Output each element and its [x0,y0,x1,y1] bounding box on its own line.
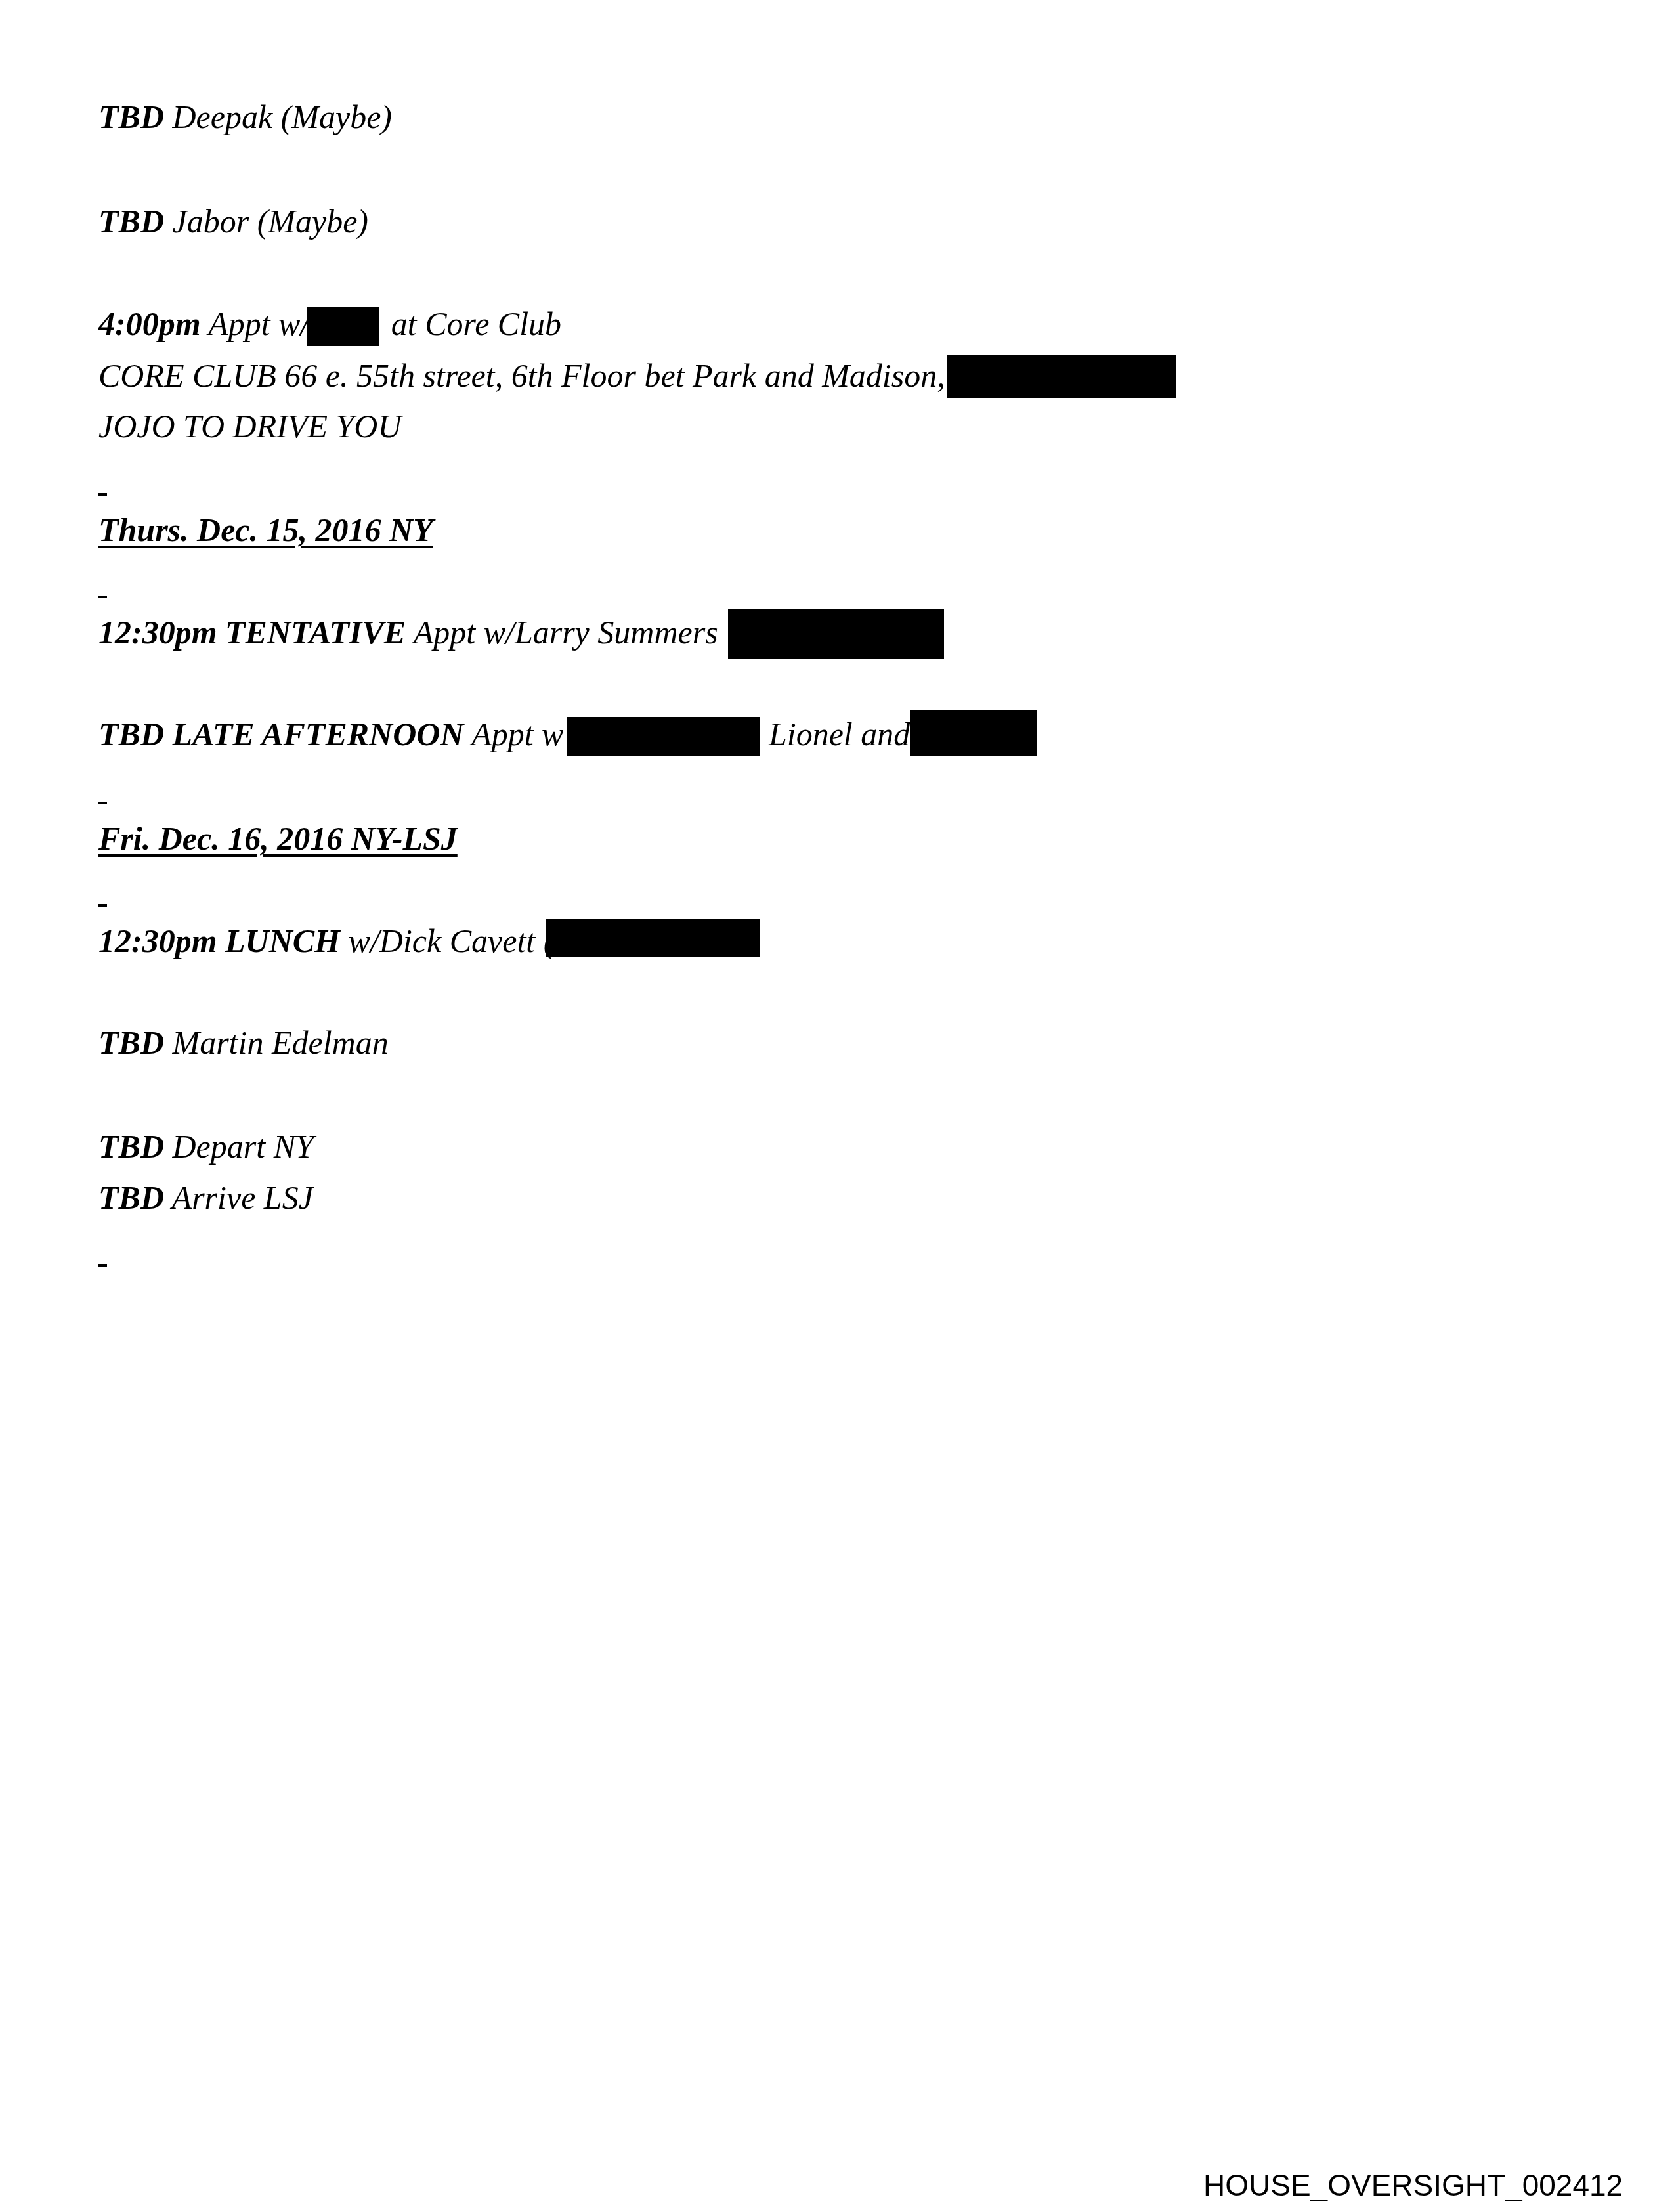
entry-text: w/Dick Cavett ( [340,922,554,959]
entry-text: Depart NY [164,1128,314,1165]
entry-jabor: TBD Jabor (Maybe) [98,202,368,241]
redaction-box [947,355,1176,398]
separator-dash [98,802,107,804]
entry-late-afternoon: TBD LATE AFTERNOON Appt w Lionel and [98,714,910,754]
entry-text: Deepak (Maybe) [164,98,392,135]
separator-dash [98,1264,107,1267]
entry-text-after: at Core Club [383,305,561,342]
entry-time: TBD LATE AFTERNOON [98,716,464,752]
entry-time: 4:00pm [98,305,201,342]
bates-number: HOUSE_OVERSIGHT_002412 [1203,2167,1623,2203]
separator-dash [98,596,107,598]
entry-time: TBD [98,98,164,135]
heading-thursday: Thurs. Dec. 15, 2016 NY [98,510,433,550]
separator-dash [98,904,107,907]
entry-text: Appt w/Larry Summers [406,614,718,651]
heading-friday: Fri. Dec. 16, 2016 NY-LSJ [98,819,458,858]
redaction-box [910,710,1037,756]
driver-note: JOJO TO DRIVE YOU [98,406,402,446]
entry-time: TBD [98,1128,164,1165]
entry-cavett: 12:30pm LUNCH w/Dick Cavett ( [98,921,554,961]
entry-text-middle: Lionel and [760,716,910,752]
entry-text: Appt w [464,716,564,752]
entry-text: Arrive LSJ [164,1179,313,1216]
entry-text: Martin Edelman [164,1024,389,1061]
entry-edelman: TBD Martin Edelman [98,1023,389,1062]
entry-time: TBD [98,1024,164,1061]
separator-dash [98,493,107,496]
entry-time: TBD [98,203,164,240]
entry-deepak: TBD Deepak (Maybe) [98,97,392,137]
entry-text: Jabor (Maybe) [164,203,368,240]
entry-time: 12:30pm TENTATIVE [98,614,406,651]
entry-time: TBD [98,1179,164,1216]
redaction-box [567,717,760,756]
entry-time: 12:30pm LUNCH [98,922,340,959]
document-page: TBD Deepak (Maybe) TBD Jabor (Maybe) 4:0… [0,0,1674,2212]
entry-depart: TBD Depart NY [98,1127,314,1166]
redaction-box [546,919,760,957]
core-club-address: CORE CLUB 66 e. 55th street, 6th Floor b… [98,356,945,395]
entry-text: Appt w/ [201,305,310,342]
entry-arrive: TBD Arrive LSJ [98,1178,313,1217]
entry-summers: 12:30pm TENTATIVE Appt w/Larry Summers [98,613,718,652]
redaction-box [307,307,379,346]
redaction-box [728,609,944,659]
